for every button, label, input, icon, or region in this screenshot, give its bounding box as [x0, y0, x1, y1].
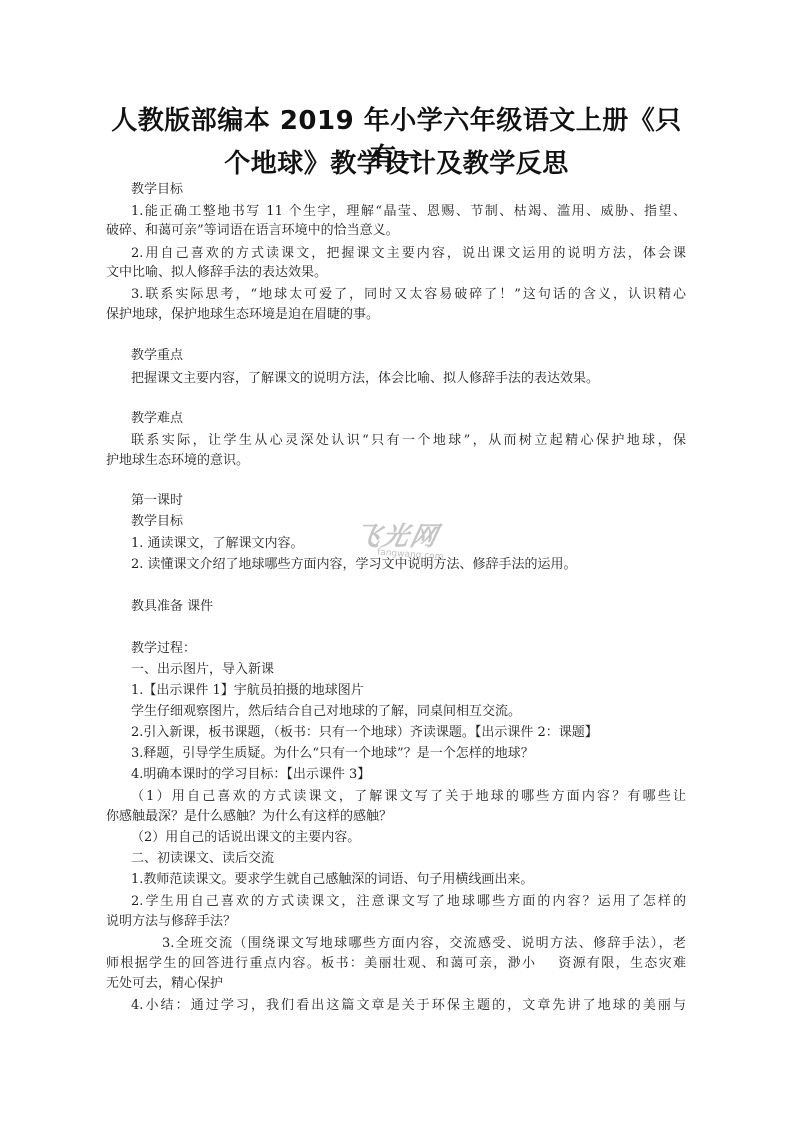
process-line: 你感触最深？是什么感触？为什么有这样的感触？ — [106, 808, 686, 826]
process-line: 3.全班交流（围绕课文写地球哪些方面内容，交流感受、说明方法、修辞手法），老 — [162, 935, 686, 953]
process-line: 2.学生用自己喜欢的方式读课文，注意课文写了地球哪些方面的内容？运用了怎样的 — [131, 893, 686, 911]
process-line: 2.引入新课，板书课题，（板书：只有一个地球）齐读课题。【出示课件 2：课题】 — [131, 724, 686, 742]
lesson1-heading: 第一课时 — [131, 492, 686, 510]
lesson1-goal-1: 1. 通读课文，了解课文内容。 — [131, 535, 686, 553]
goals-heading: 教学目标 — [131, 181, 686, 199]
process-line: 无处可去，精心保护 — [106, 975, 686, 993]
materials: 教具准备 课件 — [131, 598, 686, 616]
key-text: 把握课文主要内容，了解课文的说明方法，体会比喻、拟人修辞手法的表达效果。 — [131, 370, 686, 388]
goal-2-line-1: 2.用自己喜欢的方式读课文，把握课文主要内容，说出课文运用的说明方法，体会课 — [131, 245, 686, 263]
process-line: （2）用自己的话说出课文的主要内容。 — [131, 829, 686, 847]
process-line: （1）用自己喜欢的方式读课文，了解课文写了关于地球的哪些方面内容？有哪些让 — [131, 788, 686, 806]
process-line: 学生仔细观察图片，然后结合自己对地球的了解，同桌间相互交流。 — [131, 703, 686, 721]
goal-3-line-2: 保护地球，保护地球生态环境是迫在眉睫的事。 — [106, 306, 686, 324]
difficulty-line-1: 联系实际，让学生从心灵深处认识“只有一个地球”，从而树立起精心保护地球，保 — [131, 432, 686, 450]
process-line: 师根据学生的回答进行重点内容。板书：美丽壮观、和蔼可亲，渺小 资源有限，生态灾难 — [106, 955, 686, 973]
goal-1-line-1: 1.能正确工整地书写 11 个生字，理解“晶莹、恩赐、节制、枯竭、滥用、威胁、指… — [131, 203, 686, 221]
document-page: 人教版部编本 2019 年小学六年级语文上册《只有一 个地球》教学设计及教学反思… — [0, 0, 793, 1122]
process-line: 1.【出示课件 1】宇航员拍摄的地球图片 — [131, 682, 686, 700]
goal-3-line-1: 3.联系实际思考，“地球太可爱了，同时又太容易破碎了！”这句话的含义，认识精心 — [131, 286, 686, 304]
document-title-line-2: 个地球》教学设计及教学反思 — [100, 143, 693, 180]
process-heading: 教学过程： — [131, 640, 686, 658]
process-line: 一、出示图片，导入新课 — [131, 661, 686, 679]
process-line: 说明方法与修辞手法？ — [106, 913, 686, 931]
process-line: 二、初读课文、读后交流 — [131, 850, 686, 868]
goal-2-line-2: 文中比喻、拟人修辞手法的表达效果。 — [106, 264, 686, 282]
goal-1-line-2: 破碎、和蔼可亲”等词语在语言环境中的恰当意义。 — [106, 222, 686, 240]
difficulty-heading: 教学难点 — [131, 410, 686, 428]
process-line: 4.明确本课时的学习目标：【出示课件 3】 — [131, 766, 686, 784]
process-line: 4.小结：通过学习，我们看出这篇文章是关于环保主题的，文章先讲了地球的美丽与 — [131, 997, 686, 1015]
lesson1-goal-2: 2. 读懂课文介绍了地球哪些方面内容，学习文中说明方法、修辞手法的运用。 — [131, 556, 686, 574]
process-line: 3.释题，引导学生质疑。为什么“只有一个地球”？是一个怎样的地球？ — [131, 745, 686, 763]
key-heading: 教学重点 — [131, 347, 686, 365]
process-line: 1.教师范读课文。要求学生就自己感触深的词语、句子用横线画出来。 — [131, 871, 686, 889]
difficulty-line-2: 护地球生态环境的意识。 — [106, 452, 686, 470]
lesson1-goals-heading: 教学目标 — [131, 513, 686, 531]
